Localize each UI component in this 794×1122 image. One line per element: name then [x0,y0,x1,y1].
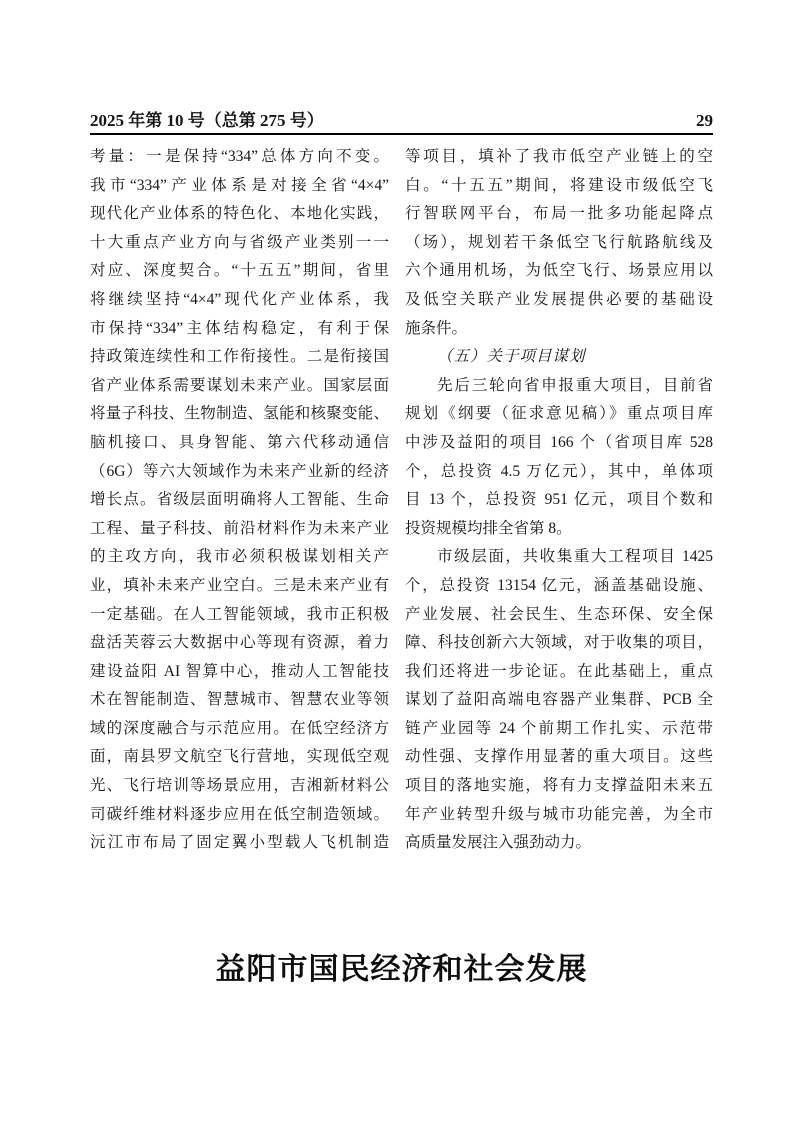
text-line: 等项目，填补了我市低空产业链上的空 [405,143,713,172]
text-line: 谋划了益阳高端电容器产业集群、PCB 全 [405,686,713,715]
text-line: 持政策连续性和工作衔接性。二是衔接国 [90,343,389,372]
text-line: 六个通用机场，为低空飞行、场景应用以 [405,257,713,286]
text-line: 先后三轮向省申报重大项目，目前省 [405,372,713,401]
text-line: 一定基础。在人工智能领域，我市正积极 [90,601,389,630]
text-line: 面，南县罗文航空飞行营地，实现低空观 [90,743,389,772]
text-line: 及低空关联产业发展提供必要的基础设 [405,286,713,315]
text-line: 术在智能制造、智慧城市、智慧农业等领 [90,686,389,715]
article-body: 考量：一是保持“334”总体方向不变。我市“334”产业体系是对接全省“4×4”… [90,143,713,858]
text-line: 业，填补未来产业空白。三是未来产业有 [90,572,389,601]
text-line: 链产业园等 24 个前期工作扎实、示范带 [405,715,713,744]
text-line: 市级层面，共收集重大工程项目 1425 [405,543,713,572]
text-line: 目 13 个，总投资 951 亿元，项目个数和 [405,486,713,515]
text-line: 工程、量子科技、前沿材料作为未来产业 [90,515,389,544]
text-line: 高质量发展注入强劲动力。 [405,829,713,858]
text-line: 考量：一是保持“334”总体方向不变。 [90,143,389,172]
text-line: 将量子科技、生物制造、氢能和核聚变能、 [90,400,389,429]
header-rule [90,133,713,135]
text-line: 白。“十五五”期间，将建设市级低空飞 [405,172,713,201]
text-line: 增长点。省级层面明确将人工智能、生命 [90,486,389,515]
text-line: 沅江市布局了固定翼小型载人飞机制造 [90,829,389,858]
text-line: 动性强、支撑作用显著的重大项目。这些 [405,743,713,772]
text-line: 产业发展、社会民生、生态环保、安全保 [405,601,713,630]
text-line: 域的深度融合与示范应用。在低空经济方 [90,715,389,744]
left-column: 考量：一是保持“334”总体方向不变。我市“334”产业体系是对接全省“4×4”… [90,143,389,858]
text-line: 投资规模均排全省第 8。 [405,515,713,544]
text-line: 省产业体系需要谋划未来产业。国家层面 [90,372,389,401]
text-line: 脑机接口、具身智能、第六代移动通信 [90,429,389,458]
issue-label: 2025 年第 10 号（总第 275 号） [90,109,324,133]
section-subheading: （五）关于项目谋划 [405,343,713,372]
bulletin-page: 2025 年第 10 号（总第 275 号） 29 考量：一是保持“334”总体… [0,0,794,1122]
text-line: 市保持“334”主体结构稳定，有利于保 [90,315,389,344]
text-line: 司碳纤维材料逐步应用在低空制造领域。 [90,801,389,830]
text-line: 建设益阳 AI 智算中心，推动人工智能技 [90,658,389,687]
text-line: （6G）等六大领域作为未来产业新的经济 [90,458,389,487]
text-line: 现代化产业体系的特色化、本地化实践， [90,200,389,229]
text-line: 个，总投资 4.5 万亿元），其中，单体项 [405,458,713,487]
article-title: 益阳市国民经济和社会发展 [90,944,713,988]
text-line: 光、飞行培训等场景应用，吉湘新材料公 [90,772,389,801]
right-column: 等项目，填补了我市低空产业链上的空白。“十五五”期间，将建设市级低空飞行智联网平… [405,143,713,858]
text-line: 规划《纲要（征求意见稿）》重点项目库 [405,400,713,429]
text-line: 对应、深度契合。“十五五”期间，省里 [90,257,389,286]
text-line: 项目的落地实施，将有力支撑益阳未来五 [405,772,713,801]
text-line: 障、科技创新六大领域，对于收集的项目， [405,629,713,658]
text-line: （场），规划若干条低空飞行航路航线及 [405,229,713,258]
text-line: 行智联网平台，布局一批多功能起降点 [405,200,713,229]
text-line: 盘活芙蓉云大数据中心等现有资源，着力 [90,629,389,658]
text-line: 中涉及益阳的项目 166 个（省项目库 528 [405,429,713,458]
text-line: 个，总投资 13154 亿元，涵盖基础设施、 [405,572,713,601]
text-line: 将继续坚持“4×4”现代化产业体系，我 [90,286,389,315]
page-number: 29 [696,109,713,133]
text-line: 的主攻方向，我市必须积极谋划相关产 [90,543,389,572]
text-line: 年产业转型升级与城市功能完善，为全市 [405,801,713,830]
text-line: 我市“334”产业体系是对接全省“4×4” [90,172,389,201]
text-line: 施条件。 [405,315,713,344]
text-line: 十大重点产业方向与省级产业类别一一 [90,229,389,258]
page-header: 2025 年第 10 号（总第 275 号） 29 [90,109,713,133]
text-line: 我们还将进一步论证。在此基础上，重点 [405,658,713,687]
